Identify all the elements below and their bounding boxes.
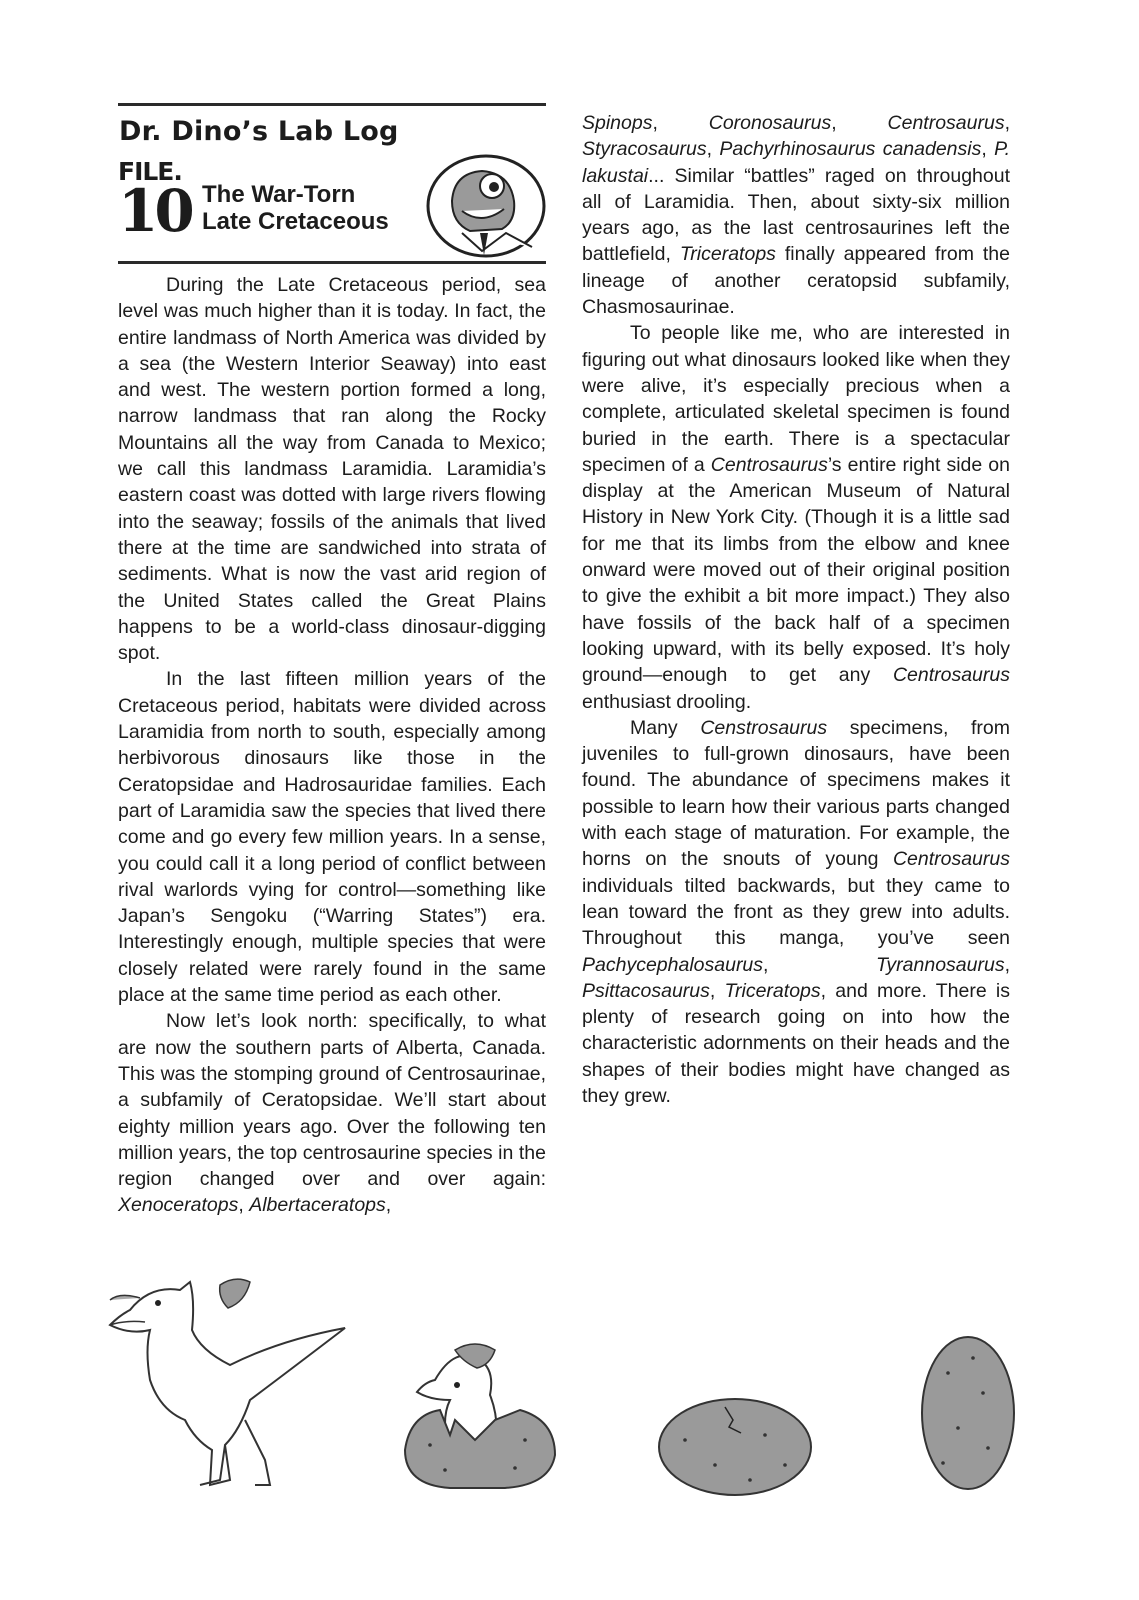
top-rule (118, 103, 546, 106)
subtitle-line-1: The War-Torn (202, 181, 389, 208)
subtitle-line-2: Late Cretaceous (202, 208, 389, 235)
right-column: Spinops, Coronosaurus, Centrosaurus, Sty… (582, 110, 1010, 1109)
file-header: FILE. 10 The War-Torn Late Cretaceous (118, 149, 546, 261)
dr-dino-mascot-icon (422, 151, 546, 261)
right-body-text: Spinops, Coronosaurus, Centrosaurus, Sty… (582, 110, 1010, 1109)
paragraph: To people like me, who are interested in… (582, 320, 1010, 714)
hatchling-in-egg-icon (395, 1340, 565, 1495)
cracking-egg-icon (655, 1395, 815, 1500)
left-column: Dr. Dino’s Lab Log FILE. 10 The War-Torn… (118, 103, 546, 1219)
header-bottom-rule (118, 261, 546, 264)
left-body-text: During the Late Cretaceous period, sea l… (118, 272, 546, 1219)
paragraph: In the last fifteen million years of the… (118, 666, 546, 1008)
file-number: 10 (118, 179, 191, 243)
paragraph: Spinops, Coronosaurus, Centrosaurus, Sty… (582, 110, 1010, 320)
juvenile-dinosaur-icon (100, 1270, 350, 1495)
chapter-subtitle: The War-Torn Late Cretaceous (202, 181, 389, 235)
page-title: Dr. Dino’s Lab Log (119, 115, 546, 149)
paragraph: Many Censtrosaurus specimens, from juven… (582, 715, 1010, 1109)
paragraph: During the Late Cretaceous period, sea l… (118, 272, 546, 666)
whole-egg-icon (918, 1333, 1018, 1493)
paragraph: Now let’s look north: specifically, to w… (118, 1008, 546, 1218)
